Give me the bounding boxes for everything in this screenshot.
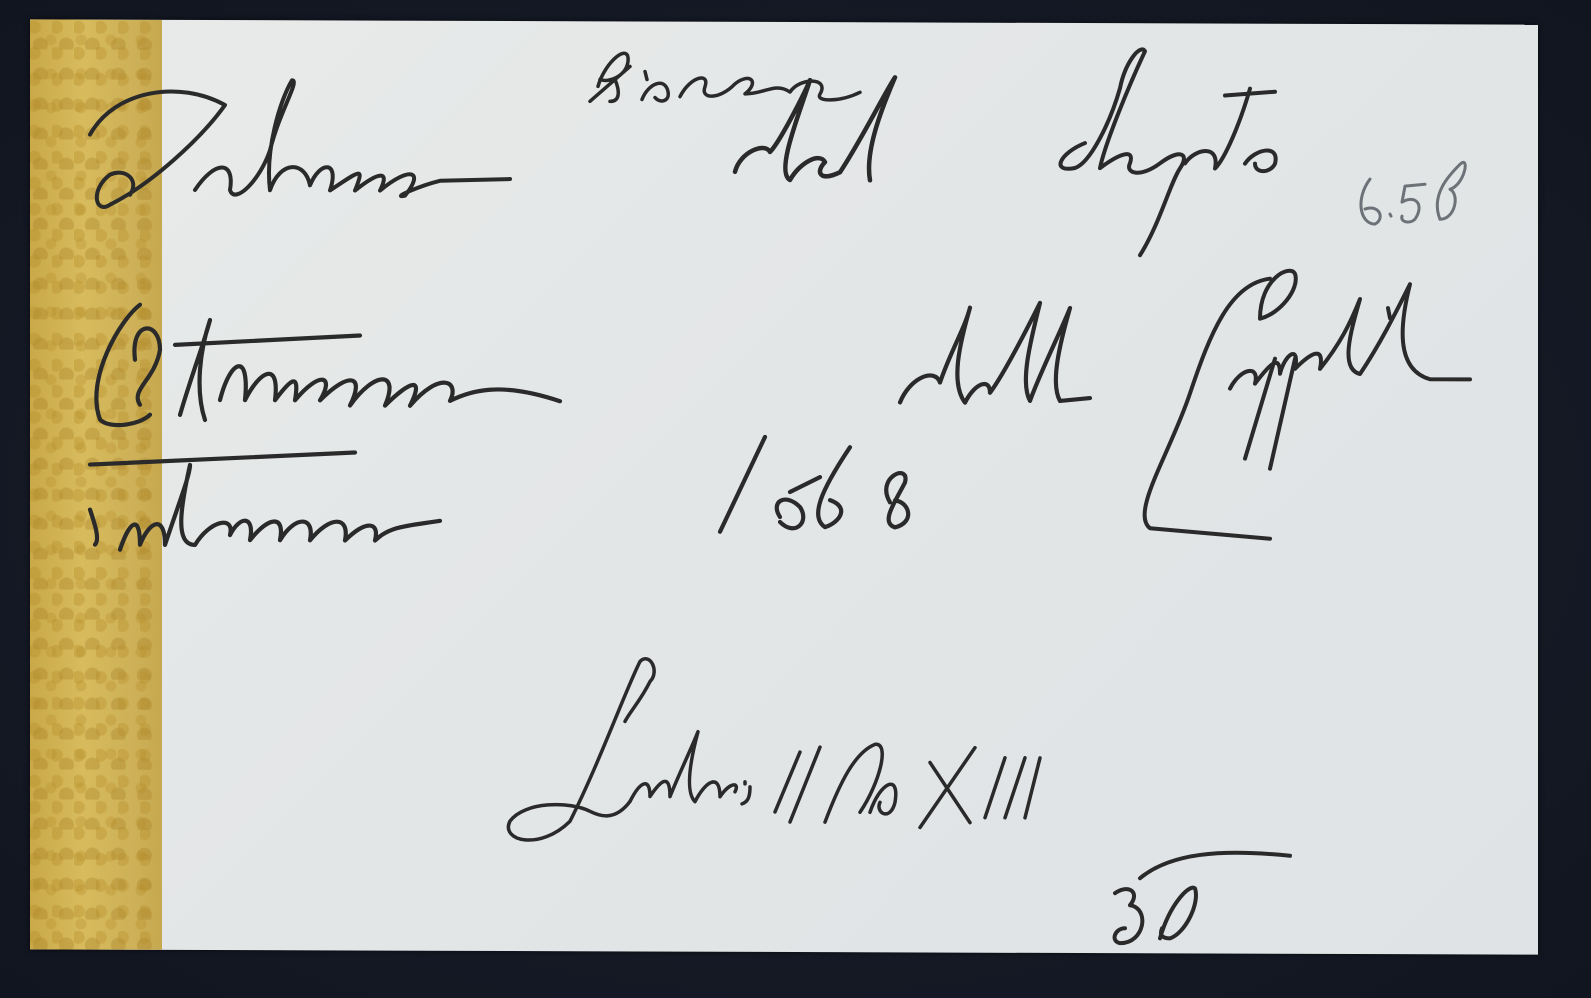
number-1568: [720, 437, 908, 533]
number-30: [1115, 852, 1290, 944]
word-della: [900, 302, 1090, 403]
word-cappella: [1145, 270, 1470, 539]
word-piazza: [590, 53, 860, 102]
handwriting-ink: [30, 19, 1538, 954]
word-palazzo: [90, 80, 510, 209]
word-interna: [90, 452, 440, 551]
pencil-note: [1361, 162, 1465, 224]
signature-reference: [508, 658, 1040, 842]
word-legato: [1061, 49, 1276, 256]
word-costruzione: [96, 305, 560, 427]
archival-card: Piazza Palazzo del Legato Costruzione de…: [30, 19, 1538, 954]
ink-spot: [1388, 308, 1390, 318]
